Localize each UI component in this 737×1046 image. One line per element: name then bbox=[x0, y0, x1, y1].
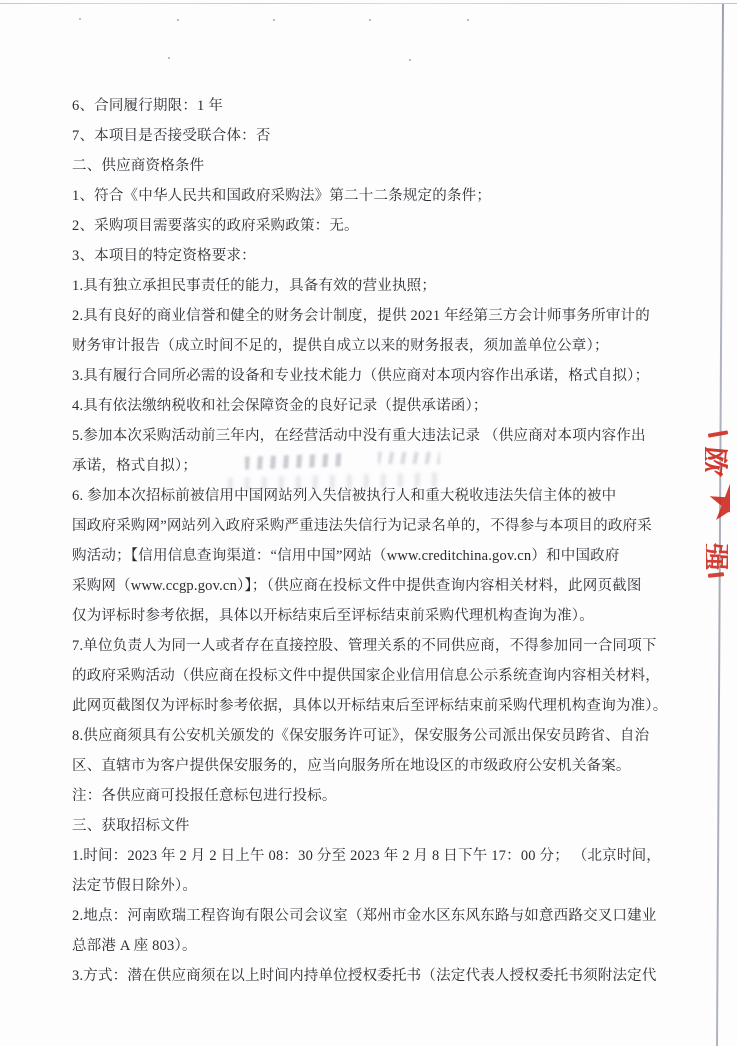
doc-line: 8.供应商须具有公安机关颁发的《保安服务许可证》，保安服务公司派出保安员跨省、自… bbox=[72, 721, 672, 751]
doc-line: 承诺，格式自拟）； bbox=[72, 451, 672, 481]
doc-line: 2.具有良好的商业信誉和健全的财务会计制度，提供 2021 年经第三方会计师事务… bbox=[72, 301, 672, 331]
doc-line: 总部港 A 座 803）。 bbox=[72, 931, 672, 961]
doc-line-time: 1.时间：2023 年 2 月 2 日上午 08：30 分至 2023 年 2 … bbox=[72, 841, 672, 871]
doc-line: 法定节假日除外）。 bbox=[72, 871, 672, 901]
doc-line: 6. 参加本次招标前被信用中国网站列入失信被执行人和重大税收违法失信主体的被中 bbox=[72, 481, 672, 511]
scan-speck bbox=[168, 57, 170, 59]
doc-line-method: 3.方式：潜在供应商须在以上时间内持单位授权委托书（法定代表人授权委托书须附法定… bbox=[72, 961, 672, 991]
scan-speck bbox=[177, 19, 179, 21]
doc-line: 此网页截图仅为评标时参考依据，具体以开标结束后至评标结束前采购代理机构查询为准）… bbox=[72, 691, 672, 721]
doc-line: 仅为评标时参考依据，具体以开标结束后至评标结束前采购代理机构查询为准）。 bbox=[72, 601, 672, 631]
doc-line: 区、直辖市为客户提供保安服务的，应当向服务所在地设区的市级政府公安机关备案。 bbox=[72, 751, 672, 781]
doc-line: 的政府采购活动（供应商在投标文件中提供国家企业信用信息公示系统查询内容相关材料， bbox=[72, 661, 672, 691]
doc-line: 1.具有独立承担民事责任的能力，具备有效的营业执照； bbox=[72, 271, 672, 301]
doc-line-note: 注：各供应商可投报任意标包进行投标。 bbox=[72, 781, 672, 811]
doc-line: 3、本项目的特定资格要求： bbox=[72, 241, 672, 271]
doc-line: 国政府采购网”网站列入政府采购严重违法失信行为记录名单的，不得参与本项目的政府采 bbox=[72, 511, 672, 541]
scan-speck bbox=[409, 59, 411, 61]
star-icon: ★ bbox=[705, 483, 730, 533]
seal-glyph: 强 bbox=[706, 542, 728, 565]
seal-star-fragment: ★ bbox=[703, 483, 730, 533]
doc-line: 3.具有履行合同所必需的设备和专业技术能力（供应商对本项内容作出承诺，格式自拟）… bbox=[72, 361, 672, 391]
scan-speck bbox=[369, 19, 371, 21]
seal-character-fragment-top: 欧 bbox=[705, 441, 728, 479]
seal-glyph: 欧 bbox=[705, 445, 728, 471]
seal-bar-fragment bbox=[708, 430, 728, 437]
doc-line: 财务审计报告（成立时间不足的，提供自成立以来的财务报表，须加盖单位公章）； bbox=[72, 331, 672, 361]
doc-line: 5.参加本次采购活动前三年内，在经营活动中没有重大违法记录 （供应商对本项内容作… bbox=[72, 421, 672, 451]
document-page: 6、合同履行期限：1 年 7、本项目是否接受联合体：否 二、供应商资格条件 1、… bbox=[0, 0, 737, 1046]
doc-line: 采购网（www.ccgp.gov.cn）】；（供应商在投标文件中提供查询内容相关… bbox=[72, 571, 672, 601]
doc-line: 购活动；【信用信息查询渠道：“信用中国”网站（www.creditchina.g… bbox=[72, 541, 672, 571]
notice-text-block: 6、合同履行期限：1 年 7、本项目是否接受联合体：否 二、供应商资格条件 1、… bbox=[72, 91, 672, 991]
doc-line: 1、符合《中华人民共和国政府采购法》第二十二条规定的条件； bbox=[72, 181, 672, 211]
scan-speck bbox=[273, 19, 275, 21]
doc-line: 4.具有依法缴纳税收和社会保障资金的良好记录（提供承诺函）； bbox=[72, 391, 672, 421]
scan-speck bbox=[467, 19, 469, 21]
seal-dash-fragment bbox=[708, 572, 724, 578]
doc-line-location: 2.地点：河南欧瑞工程咨询有限公司会议室（郑州市金水区东风东路与如意西路交叉口建… bbox=[72, 901, 672, 931]
doc-line: 7.单位负责人为同一人或者存在直接控股、管理关系的不同供应商，不得参加同一合同项… bbox=[72, 631, 672, 661]
doc-line-consortium: 7、本项目是否接受联合体：否 bbox=[72, 121, 672, 151]
doc-line-contract-term: 6、合同履行期限：1 年 bbox=[72, 91, 672, 121]
cross-page-seal: 欧 ★ 强 bbox=[700, 428, 737, 584]
doc-heading-qualifications: 二、供应商资格条件 bbox=[72, 151, 672, 181]
scan-speck bbox=[79, 18, 81, 20]
seal-character-fragment-bottom: 强 bbox=[706, 540, 728, 572]
page-top-edge-line bbox=[0, 3, 737, 4]
doc-heading-obtain-documents: 三、获取招标文件 bbox=[72, 811, 672, 841]
doc-line: 2、采购项目需要落实的政府采购政策：无。 bbox=[72, 211, 672, 241]
